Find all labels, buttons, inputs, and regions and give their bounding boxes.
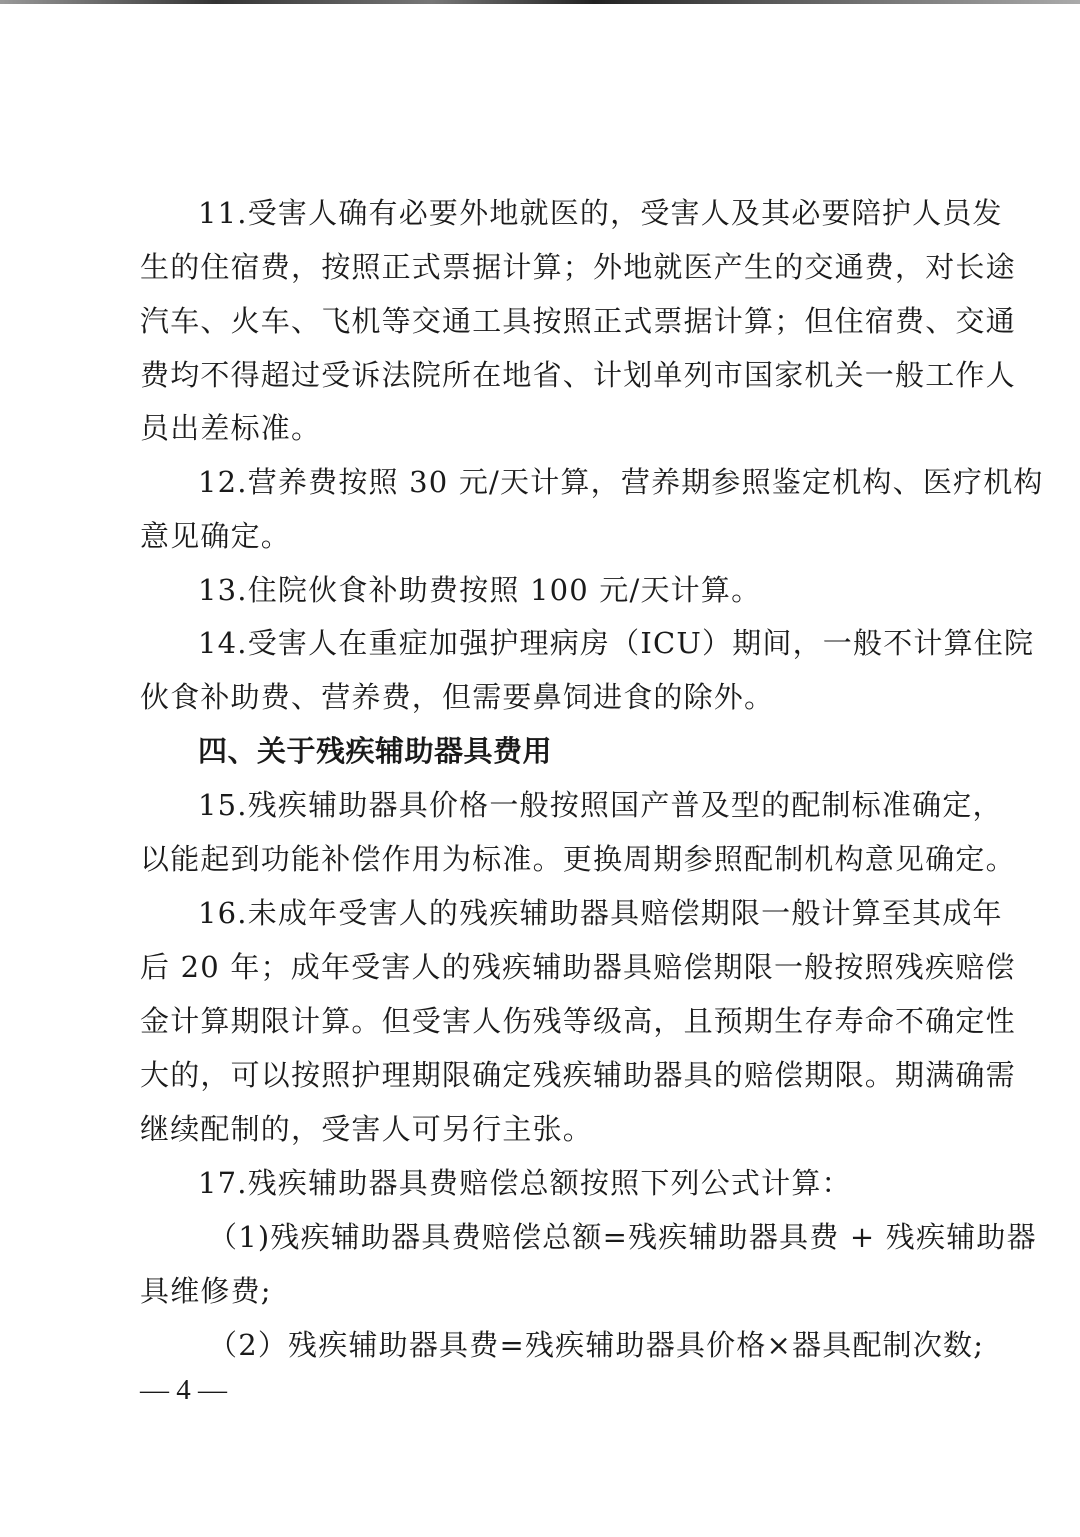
paragraph-13-line-1: 13.住院伙食补助费按照 100 元/天计算。 (198, 570, 945, 610)
paragraph-12-line-1: 12.营养费按照 30 元/天计算，营养期参照鉴定机构、医疗机构 (198, 462, 945, 502)
paragraph-11-line-3: 汽车、火车、飞机等交通工具按照正式票据计算；但住宿费、交通 (140, 301, 945, 341)
formula-2-line-1: （2）残疾辅助器具费=残疾辅助器具价格×器具配制次数; (208, 1325, 945, 1365)
paragraph-11-line-2: 生的住宿费，按照正式票据计算；外地就医产生的交通费，对长途 (140, 247, 945, 287)
paragraph-11-line-1: 11.受害人确有必要外地就医的，受害人及其必要陪护人员发 (198, 193, 945, 233)
page-number: — 4 — (140, 1374, 227, 1407)
paragraph-16-line-3: 金计算期限计算。但受害人伤残等级高，且预期生存寿命不确定性 (140, 1001, 945, 1041)
scan-edge (0, 0, 1080, 4)
paragraph-15-line-2: 以能起到功能补偿作用为标准。更换周期参照配制机构意见确定。 (140, 839, 945, 879)
paragraph-11-line-5: 员出差标准。 (140, 408, 945, 448)
paragraph-17-line-1: 17.残疾辅助器具费赔偿总额按照下列公式计算： (198, 1163, 945, 1203)
formula-1-line-2: 具维修费; (140, 1271, 945, 1311)
formula-1-line-1: （1)残疾辅助器具费赔偿总额=残疾辅助器具费 + 残疾辅助器 (208, 1217, 945, 1257)
document-page: 11.受害人确有必要外地就医的，受害人及其必要陪护人员发 生的住宿费，按照正式票… (0, 0, 1080, 1537)
paragraph-14-line-2: 伙食补助费、营养费，但需要鼻饲进食的除外。 (140, 677, 945, 717)
paragraph-12-line-2: 意见确定。 (140, 516, 945, 556)
paragraph-11-line-4: 费均不得超过受诉法院所在地省、计划单列市国家机关一般工作人 (140, 355, 945, 395)
paragraph-16-line-4: 大的，可以按照护理期限确定残疾辅助器具的赔偿期限。期满确需 (140, 1055, 945, 1095)
paragraph-16-line-2: 后 20 年；成年受害人的残疾辅助器具赔偿期限一般按照残疾赔偿 (140, 947, 945, 987)
paragraph-16-line-5: 继续配制的，受害人可另行主张。 (140, 1109, 945, 1149)
section-heading-4: 四、关于残疾辅助器具费用 (198, 731, 945, 771)
paragraph-14-line-1: 14.受害人在重症加强护理病房（ICU）期间，一般不计算住院 (198, 623, 945, 663)
paragraph-16-line-1: 16.未成年受害人的残疾辅助器具赔偿期限一般计算至其成年 (198, 893, 945, 933)
paragraph-15-line-1: 15.残疾辅助器具价格一般按照国产普及型的配制标准确定， (198, 785, 945, 825)
